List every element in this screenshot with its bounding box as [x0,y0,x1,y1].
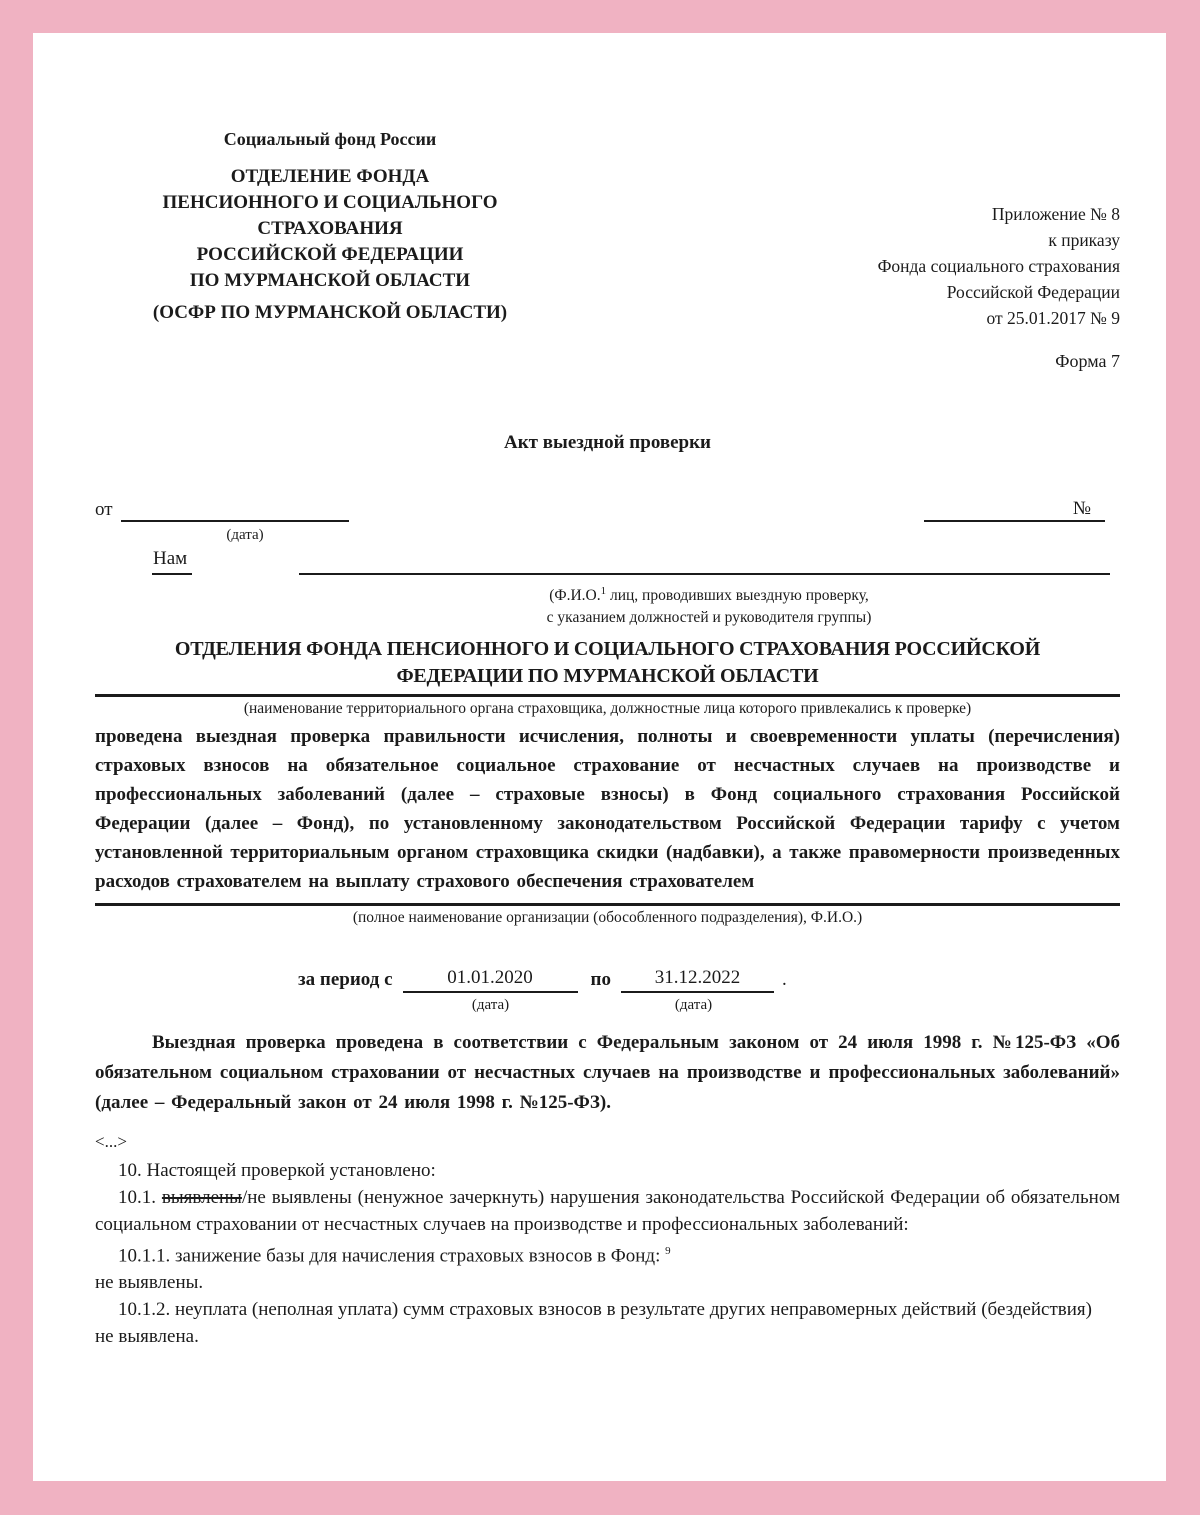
caption-text: (Ф.И.О. [549,587,600,604]
law-paragraph: Выездная проверка проведена в соответств… [95,1028,1120,1118]
inspectors-caption-line1: (Ф.И.О.1 лиц, проводивших выездную прове… [308,580,1110,607]
form-number-label: Форма 7 [95,351,1120,372]
period-label: за период с [298,969,393,993]
page-title: Акт выездной проверки [95,432,1120,454]
department-short-name: (ОСФР ПО МУРМАНСКОЙ ОБЛАСТИ) [95,302,565,324]
omission-mark: <...> [95,1132,1120,1152]
finding-10-1-1-text: 10.1.1. занижение базы для начисления ст… [118,1245,660,1266]
department-line: СТРАХОВАНИЯ [95,216,565,242]
annex-line: Приложение № 8 [878,201,1120,227]
finding-10-1-2-result: не выявлена. [95,1323,1120,1350]
horizontal-rule [95,694,1120,697]
period-row: за период с 01.01.2020 по 31.12.2022 . [298,968,1120,993]
scope-paragraph: проведена выездная проверка правильности… [95,722,1120,896]
issuer-block: Социальный фонд России ОТДЕЛЕНИЕ ФОНДА П… [95,129,565,331]
date-number-row: от № [95,500,1120,522]
document-page: Социальный фонд России ОТДЕЛЕНИЕ ФОНДА П… [33,33,1166,1481]
findings-section: 10. Настоящей проверкой установлено: 10.… [95,1157,1120,1350]
date-caption: (дата) [131,527,359,544]
period-to-label: по [591,969,611,993]
annex-line: к приказу [878,227,1120,253]
period-trailing-dot: . [782,969,787,993]
organization-caption: (полное наименование организации (обособ… [95,909,1120,927]
office-name: ОТДЕЛЕНИЯ ФОНДА ПЕНСИОННОГО И СОЦИАЛЬНОГ… [95,636,1120,690]
findings-intro: 10. Настоящей проверкой установлено: [95,1157,1120,1184]
office-caption: (наименование территориального органа ст… [95,700,1120,718]
finding-10-1-1-result: не выявлены. [95,1269,1120,1296]
date-caption: (дата) [617,997,770,1014]
number-sign: № [1073,498,1091,519]
inspectors-caption: (Ф.И.О.1 лиц, проводивших выездную прове… [308,580,1110,629]
department-line: РОССИЙСКОЙ ФЕДЕРАЦИИ [95,242,565,268]
period-captions: (дата) (дата) [95,997,1120,1014]
document-header: Социальный фонд России ОТДЕЛЕНИЕ ФОНДА П… [95,129,1120,331]
period-to-field: 31.12.2022 [621,967,774,993]
finding-10-1-text: /не выявлены (ненужное зачеркнуть) наруш… [95,1187,1120,1235]
footnote-ref-9: 9 [665,1245,671,1257]
department-name: ОТДЕЛЕНИЕ ФОНДА ПЕНСИОННОГО И СОЦИАЛЬНОГ… [95,164,565,294]
office-name-line1: ОТДЕЛЕНИЯ ФОНДА ПЕНСИОННОГО И СОЦИАЛЬНОГ… [95,636,1120,663]
inspectors-row: Нам [95,548,1120,575]
finding-10-1-1: 10.1.1. занижение базы для начисления ст… [95,1238,1120,1269]
date-blank-field [121,498,349,522]
document-content: Социальный фонд России ОТДЕЛЕНИЕ ФОНДА П… [33,33,1166,1350]
struck-word: выявлены [162,1187,242,1208]
date-caption: (дата) [403,997,578,1014]
department-line: ПО МУРМАНСКОЙ ОБЛАСТИ [95,268,565,294]
department-line: ОТДЕЛЕНИЕ ФОНДА [95,164,565,190]
annex-line: от 25.01.2017 № 9 [878,305,1120,331]
annex-line: Фонда социального страхования [878,253,1120,279]
from-label: от [95,499,113,522]
department-line: ПЕНСИОННОГО И СОЦИАЛЬНОГО [95,190,565,216]
finding-10-1-2: 10.1.2. неуплата (неполная уплата) сумм … [95,1296,1120,1323]
period-from-field: 01.01.2020 [403,967,578,993]
office-name-line2: ФЕДЕРАЦИИ ПО МУРМАНСКОЙ ОБЛАСТИ [95,663,1120,690]
inspectors-blank-field [299,546,1110,575]
number-blank-field: № [924,498,1105,522]
annex-block: Приложение № 8 к приказу Фонда социально… [878,129,1120,331]
fund-name: Социальный фонд России [95,129,565,150]
horizontal-rule [95,903,1120,906]
to-us-label: Нам [152,548,192,575]
caption-text: лиц, проводивших выездную проверку, [606,587,869,604]
inspectors-caption-line2: с указанием должностей и руководителя гр… [308,607,1110,629]
finding-10-1-prefix: 10.1. [118,1187,162,1208]
finding-10-1: 10.1. выявлены/не выявлены (ненужное зач… [95,1184,1120,1238]
annex-line: Российской Федерации [878,279,1120,305]
